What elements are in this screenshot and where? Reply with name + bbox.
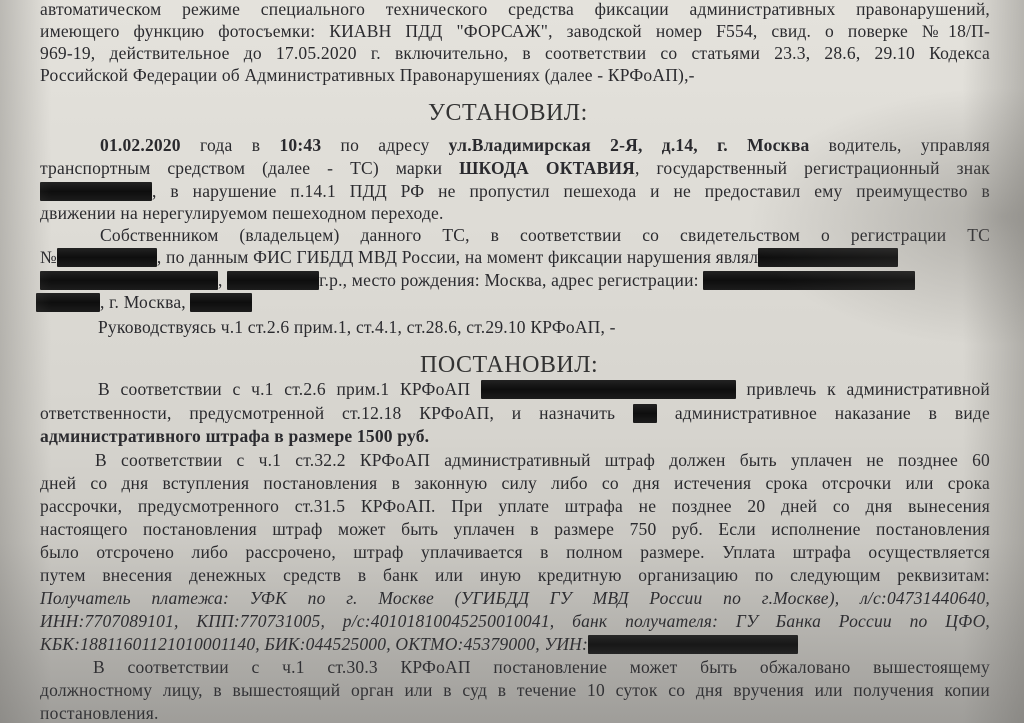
owner-line-1: Собственником (владельцем) данного ТС, в… (100, 224, 990, 246)
text: административное наказание в виде (657, 403, 990, 423)
resolved-p2-line-5: было отсрочено либо рассрочено, штраф уп… (40, 541, 990, 563)
owner-line-3: , г.р., место рождения: Москва, адрес ре… (40, 269, 915, 291)
guided-line: Руководствуясь ч.1 ст.2.6 прим.1, ст.4.1… (98, 316, 616, 338)
intro-line-3: 969-19, действительное до 17.05.2020 г. … (40, 42, 990, 64)
redacted-pronoun (633, 404, 657, 423)
text: , по данным ФИС ГИБДД МВД России, на мом… (157, 247, 758, 267)
text: по адресу (321, 135, 448, 155)
redacted-birth-date (227, 271, 319, 290)
text: В соответствии с ч.1 ст.2.6 прим.1 КРФоА… (98, 379, 481, 399)
fine-amount: административного штрафа в размере 1500 … (40, 425, 429, 447)
text: , г. Москва, (100, 292, 190, 312)
violation-date: 01.02.2020 (100, 135, 181, 155)
violation-time: 10:43 (279, 135, 321, 155)
established-line-3: , в нарушение п.14.1 ПДД РФ не пропустил… (40, 180, 990, 202)
redacted-address-part (36, 293, 100, 312)
redacted-owner-name (758, 248, 898, 267)
resolved-p2-line-2: дней со дня вступления постановления в з… (40, 472, 990, 494)
resolved-p2-line-6: путем внесения денежных средств в банк и… (40, 564, 990, 586)
redacted-offender-name (481, 380, 736, 399)
payment-details: ИНН:7707089101, КПП:770731005, р/с:40101… (40, 611, 990, 631)
resolved-p3-line-3: постановления. (40, 702, 159, 723)
resolved-p1-line-1: В соответствии с ч.1 ст.2.6 прим.1 КРФоА… (98, 378, 990, 400)
redacted-owner-name-cont (40, 271, 218, 290)
text: года в (181, 135, 280, 155)
resolved-p2-line-3: рассрочки, предусмотренного ст.31.5 КРФо… (40, 495, 990, 517)
resolved-p2-line-1: В соответствии с ч.1 ст.32.2 КРФоАП адми… (95, 449, 990, 471)
payment-line-3: КБК:18811601121010001140, БИК:044525000,… (40, 633, 798, 655)
resolved-p3-line-2: должностному лицу, в вышестоящий орган и… (40, 679, 990, 701)
established-line-2: транспортным средством (далее - ТС) марк… (40, 157, 990, 179)
resolved-p2-line-4: настоящего постановления штраф может быт… (40, 518, 990, 540)
payment-codes: КБК:18811601121010001140, БИК:044525000,… (40, 634, 588, 654)
intro-line-1: автоматическом режиме специального техни… (40, 0, 990, 20)
owner-line-2: №, по данным ФИС ГИБДД МВД России, на мо… (40, 246, 898, 268)
resolved-p3-line-1: В соответствии с ч.1 ст.30.3 КРФоАП пост… (93, 656, 990, 678)
fine-amount-text: административного штрафа в размере 1500 … (40, 426, 429, 446)
redacted-uin (588, 635, 798, 654)
established-line-4: движении на нерегулируемом пешеходном пе… (40, 202, 444, 224)
payment-line-1: Получатель платежа: УФК по г. Москве (УГ… (40, 587, 990, 609)
text: , государственный регистрационный знак (635, 158, 990, 178)
text: ответственности, предусмотренной ст.12.1… (40, 403, 633, 423)
intro-line-4: Российской Федерации об Административных… (40, 64, 695, 86)
intro-line-2: имеющего функцию фотосъемки: КИАВН ПДД "… (40, 20, 990, 42)
redacted-plate (40, 182, 152, 201)
established-line-1: 01.02.2020 года в 10:43 по адресу ул.Вла… (100, 134, 990, 156)
text: транспортным средством (далее - ТС) марк… (40, 158, 459, 178)
car-model: ШКОДА ОКТАВИЯ (459, 158, 635, 178)
text: водитель, управляя (809, 135, 990, 155)
redacted-registration-address (703, 271, 915, 290)
redacted-address-part-2 (190, 293, 252, 312)
payment-recipient: Получатель платежа: УФК по г. Москве (УГ… (40, 588, 990, 608)
payment-line-2: ИНН:7707089101, КПП:770731005, р/с:40101… (40, 610, 990, 632)
text: № (40, 247, 57, 267)
redacted-certificate-number (57, 248, 157, 267)
violation-address: ул.Владимирская 2-Я, д.14, г. Москва (449, 135, 810, 155)
text: , (218, 270, 227, 290)
text: , в нарушение п.14.1 ПДД РФ не пропустил… (152, 181, 990, 201)
text: привлечь к административной (736, 379, 990, 399)
heading-established: УСТАНОВИЛ: (428, 100, 588, 127)
text: г.р., место рождения: Москва, адрес реги… (319, 270, 703, 290)
heading-resolved: ПОСТАНОВИЛ: (420, 352, 598, 379)
resolved-p1-line-2: ответственности, предусмотренной ст.12.1… (40, 402, 990, 424)
owner-line-4: , г. Москва, (36, 291, 252, 313)
